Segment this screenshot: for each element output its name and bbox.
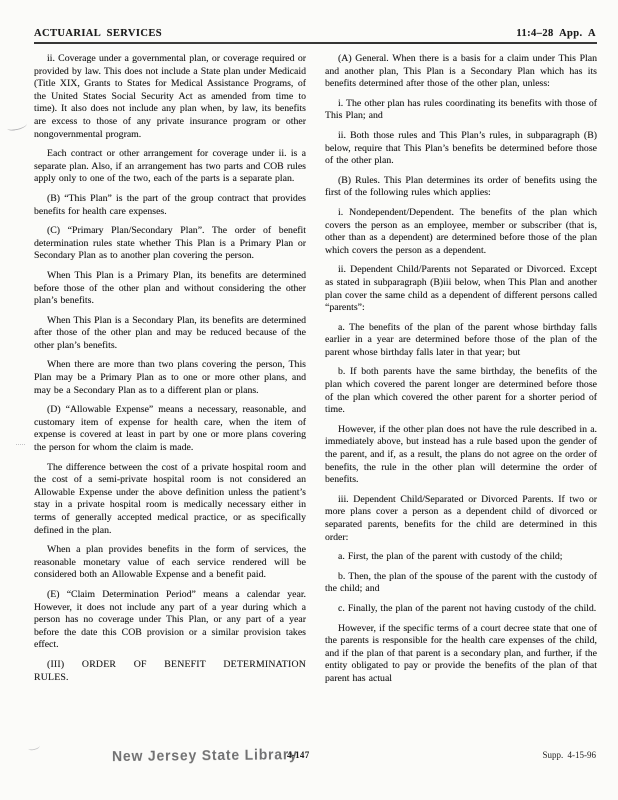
- paragraph: (B) “This Plan” is the part of the group…: [34, 193, 306, 218]
- paragraph: a. First, the plan of the parent with cu…: [325, 551, 597, 564]
- paragraph: When This Plan is a Secondary Plan, its …: [34, 315, 306, 353]
- page-footer: New Jersey State Library 4-147 Supp. 4-1…: [0, 742, 618, 772]
- paragraph: When This Plan is a Primary Plan, its be…: [34, 270, 306, 308]
- library-stamp: New Jersey State Library: [112, 746, 298, 765]
- paragraph: When there are more than two plans cover…: [34, 359, 306, 397]
- paragraph: ii. Both those rules and This Plan’s rul…: [325, 130, 597, 168]
- supplement-date: Supp. 4-15-96: [543, 750, 597, 760]
- paragraph: When a plan provides benefits in the for…: [34, 544, 306, 582]
- paragraph: b. Then, the plan of the spouse of the p…: [325, 571, 597, 596]
- paragraph: The difference between the cost of a pri…: [34, 462, 306, 538]
- document-body: ii. Coverage under a governmental plan, …: [34, 53, 597, 693]
- paragraph: b. If both parents have the same birthda…: [325, 366, 597, 416]
- pen-mark: [16, 441, 25, 445]
- left-column: ii. Coverage under a governmental plan, …: [34, 53, 306, 693]
- paragraph: However, if the specific terms of a cour…: [325, 623, 597, 686]
- paragraph: (C) “Primary Plan/Secondary Plan”. The o…: [34, 225, 306, 263]
- right-column: (A) General. When there is a basis for a…: [325, 53, 597, 693]
- paragraph: ii. Coverage under a governmental plan, …: [34, 53, 306, 141]
- page-number: 4-147: [287, 750, 310, 760]
- paragraph: However, if the other plan does not have…: [325, 424, 597, 487]
- paragraph: (E) “Claim Determination Period” means a…: [34, 589, 306, 652]
- paragraph: i. The other plan has rules coordinating…: [325, 98, 597, 123]
- paragraph: (III) ORDER OF BENEFIT DETERMINATION RUL…: [34, 659, 306, 684]
- paragraph: i. Nondependent/Dependent. The benefits …: [325, 207, 597, 257]
- page-header: ACTUARIAL SERVICES 11:4–28 App. A: [34, 28, 596, 39]
- paragraph: (B) Rules. This Plan determines its orde…: [325, 175, 597, 200]
- paragraph: a. The benefits of the plan of the paren…: [325, 322, 597, 360]
- document-page: ACTUARIAL SERVICES 11:4–28 App. A ii. Co…: [0, 0, 618, 800]
- paragraph: iii. Dependent Child/Separated or Divorc…: [325, 494, 597, 544]
- paragraph: (D) “Allowable Expense” means a necessar…: [34, 404, 306, 454]
- header-citation: 11:4–28 App. A: [516, 28, 596, 39]
- paragraph: ii. Dependent Child/Parents not Separate…: [325, 264, 597, 314]
- header-section-title: ACTUARIAL SERVICES: [34, 28, 162, 39]
- paragraph: c. Finally, the plan of the parent not h…: [325, 603, 597, 616]
- paragraph: (A) General. When there is a basis for a…: [325, 53, 597, 91]
- pen-mark: [6, 120, 27, 131]
- header-rule: [34, 42, 597, 44]
- paragraph: Each contract or other arrangement for c…: [34, 148, 306, 186]
